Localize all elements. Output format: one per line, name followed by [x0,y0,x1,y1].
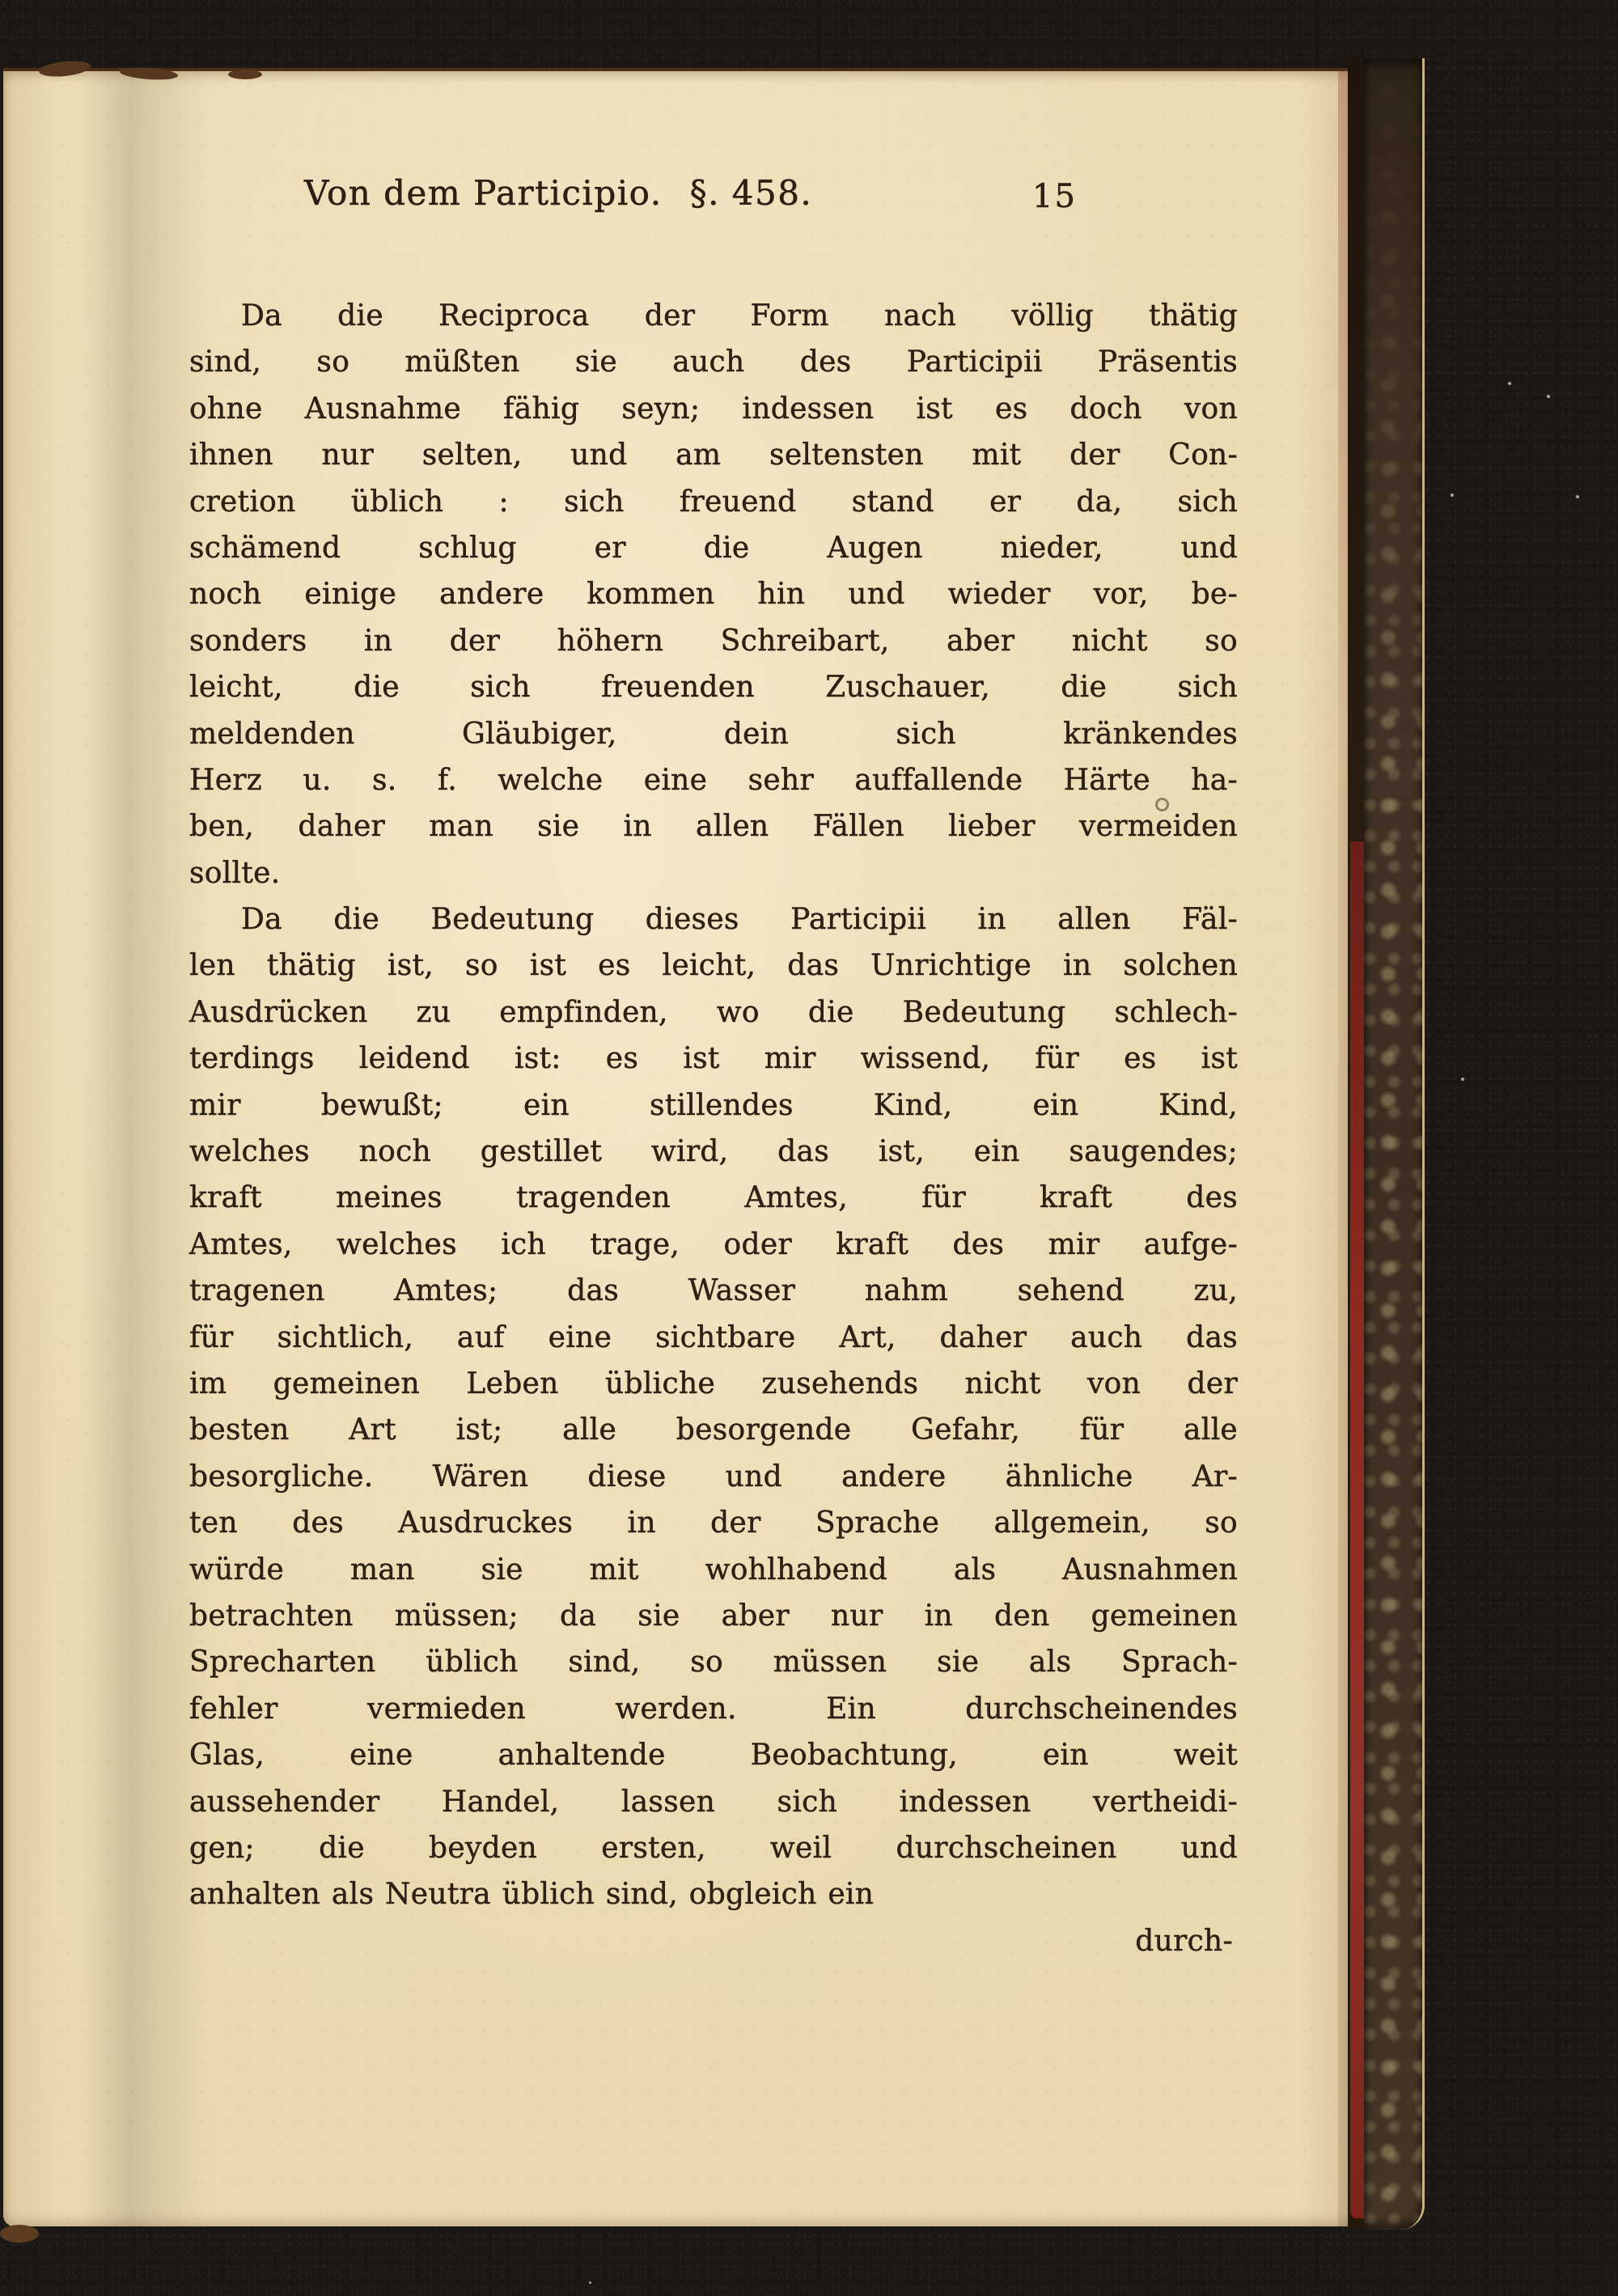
text-line: ten des Ausdruckes in der Sprache allgem… [189,1500,1238,1546]
text-line: schämend schlug er die Augen nieder, und [189,525,1238,571]
text-line: besten Art ist; alle besorgende Gefahr, … [189,1407,1238,1453]
text-line: Sprecharten üblich sind, so müssen sie a… [189,1639,1238,1685]
section-title: Von dem Participio. [304,173,663,213]
paragraph: Da die Bedeutung dieses Participii in al… [189,896,1238,1918]
dust-speck [1547,395,1550,398]
text-line: gen; die beyden ersten, weil durchschein… [189,1825,1238,1871]
text-line: besorgliche. Wären diese und andere ähnl… [189,1454,1238,1500]
paragraph: Da die Reciproca der Form nach völlig th… [189,293,1238,896]
text-line: Da die Bedeutung dieses Participii in al… [189,896,1238,943]
text-line: ihnen nur selten, und am seltensten mit … [189,432,1238,478]
text-line: sonders in der höhern Schreibart, aber n… [189,618,1238,664]
dust-speck [589,2281,591,2284]
text-line: mir bewußt; ein stillendes Kind, ein Kin… [189,1082,1238,1129]
marbled-cover-edge [1364,58,1425,2230]
red-book-edge [1350,841,1364,2218]
catchword: durch- [189,1918,1238,1964]
paper-debris [0,2225,39,2243]
text-line: Da die Reciproca der Form nach völlig th… [189,293,1238,339]
text-line: sollte. [189,850,1238,896]
text-line: ben, daher man sie in allen Fällen liebe… [189,803,1238,849]
text-line: Ausdrücken zu empfinden, wo die Bedeutun… [189,989,1238,1036]
scanned-book-photo: Von dem Participio.§. 458. 15 Da die Rec… [0,0,1618,2296]
text-line: im gemeinen Leben übliche zusehends nich… [189,1361,1238,1407]
text-line: leicht, die sich freuenden Zuschauer, di… [189,664,1238,710]
paper-debris [228,70,262,79]
dust-speck [1451,494,1454,497]
text-line: noch einige andere kommen hin und wieder… [189,571,1238,617]
text-line: aussehender Handel, lassen sich indessen… [189,1779,1238,1825]
book-page: Von dem Participio.§. 458. 15 Da die Rec… [3,68,1353,2226]
dust-speck [1508,382,1511,385]
text-line: len thätig ist, so ist es leicht, das Un… [189,943,1238,989]
page-number: 15 [1032,178,1077,215]
text-line: Glas, eine anhaltende Beobachtung, ein w… [189,1732,1238,1778]
text-line: Herz u. s. f. welche eine sehr auffallen… [189,757,1238,803]
text-line: terdings leidend ist: es ist mir wissend… [189,1036,1238,1082]
text-line: cretion üblich : sich freuend stand er d… [189,479,1238,525]
text-line: würde man sie mit wohlhabend als Ausnahm… [189,1547,1238,1593]
dust-speck [1576,495,1579,498]
text-line: für sichtlich, auf eine sichtbare Art, d… [189,1315,1238,1361]
text-line: sind, so müßten sie auch des Participii … [189,339,1238,385]
section-reference: §. 458. [690,173,813,213]
text-line: welches noch gestillet wird, das ist, ei… [189,1129,1238,1175]
dust-speck [1461,1078,1464,1081]
text-line: meldenden Gläubiger, dein sich kränkende… [189,711,1238,757]
text-line: Amtes, welches ich trage, oder kraft des… [189,1222,1238,1268]
text-line: anhalten als Neutra üblich sind, obgleic… [189,1871,1238,1917]
text-line: fehler vermieden werden. Ein durchschein… [189,1686,1238,1732]
body-text: Da die Reciproca der Form nach völlig th… [189,293,1238,1964]
text-line: tragenen Amtes; das Wasser nahm sehend z… [189,1268,1238,1314]
text-line: betrachten müssen; da sie aber nur in de… [189,1593,1238,1639]
ink-ring-mark [1155,798,1169,811]
text-line: ohne Ausnahme fähig seyn; indessen ist e… [189,386,1238,432]
text-line: kraft meines tragenden Amtes, für kraft … [189,1175,1238,1221]
